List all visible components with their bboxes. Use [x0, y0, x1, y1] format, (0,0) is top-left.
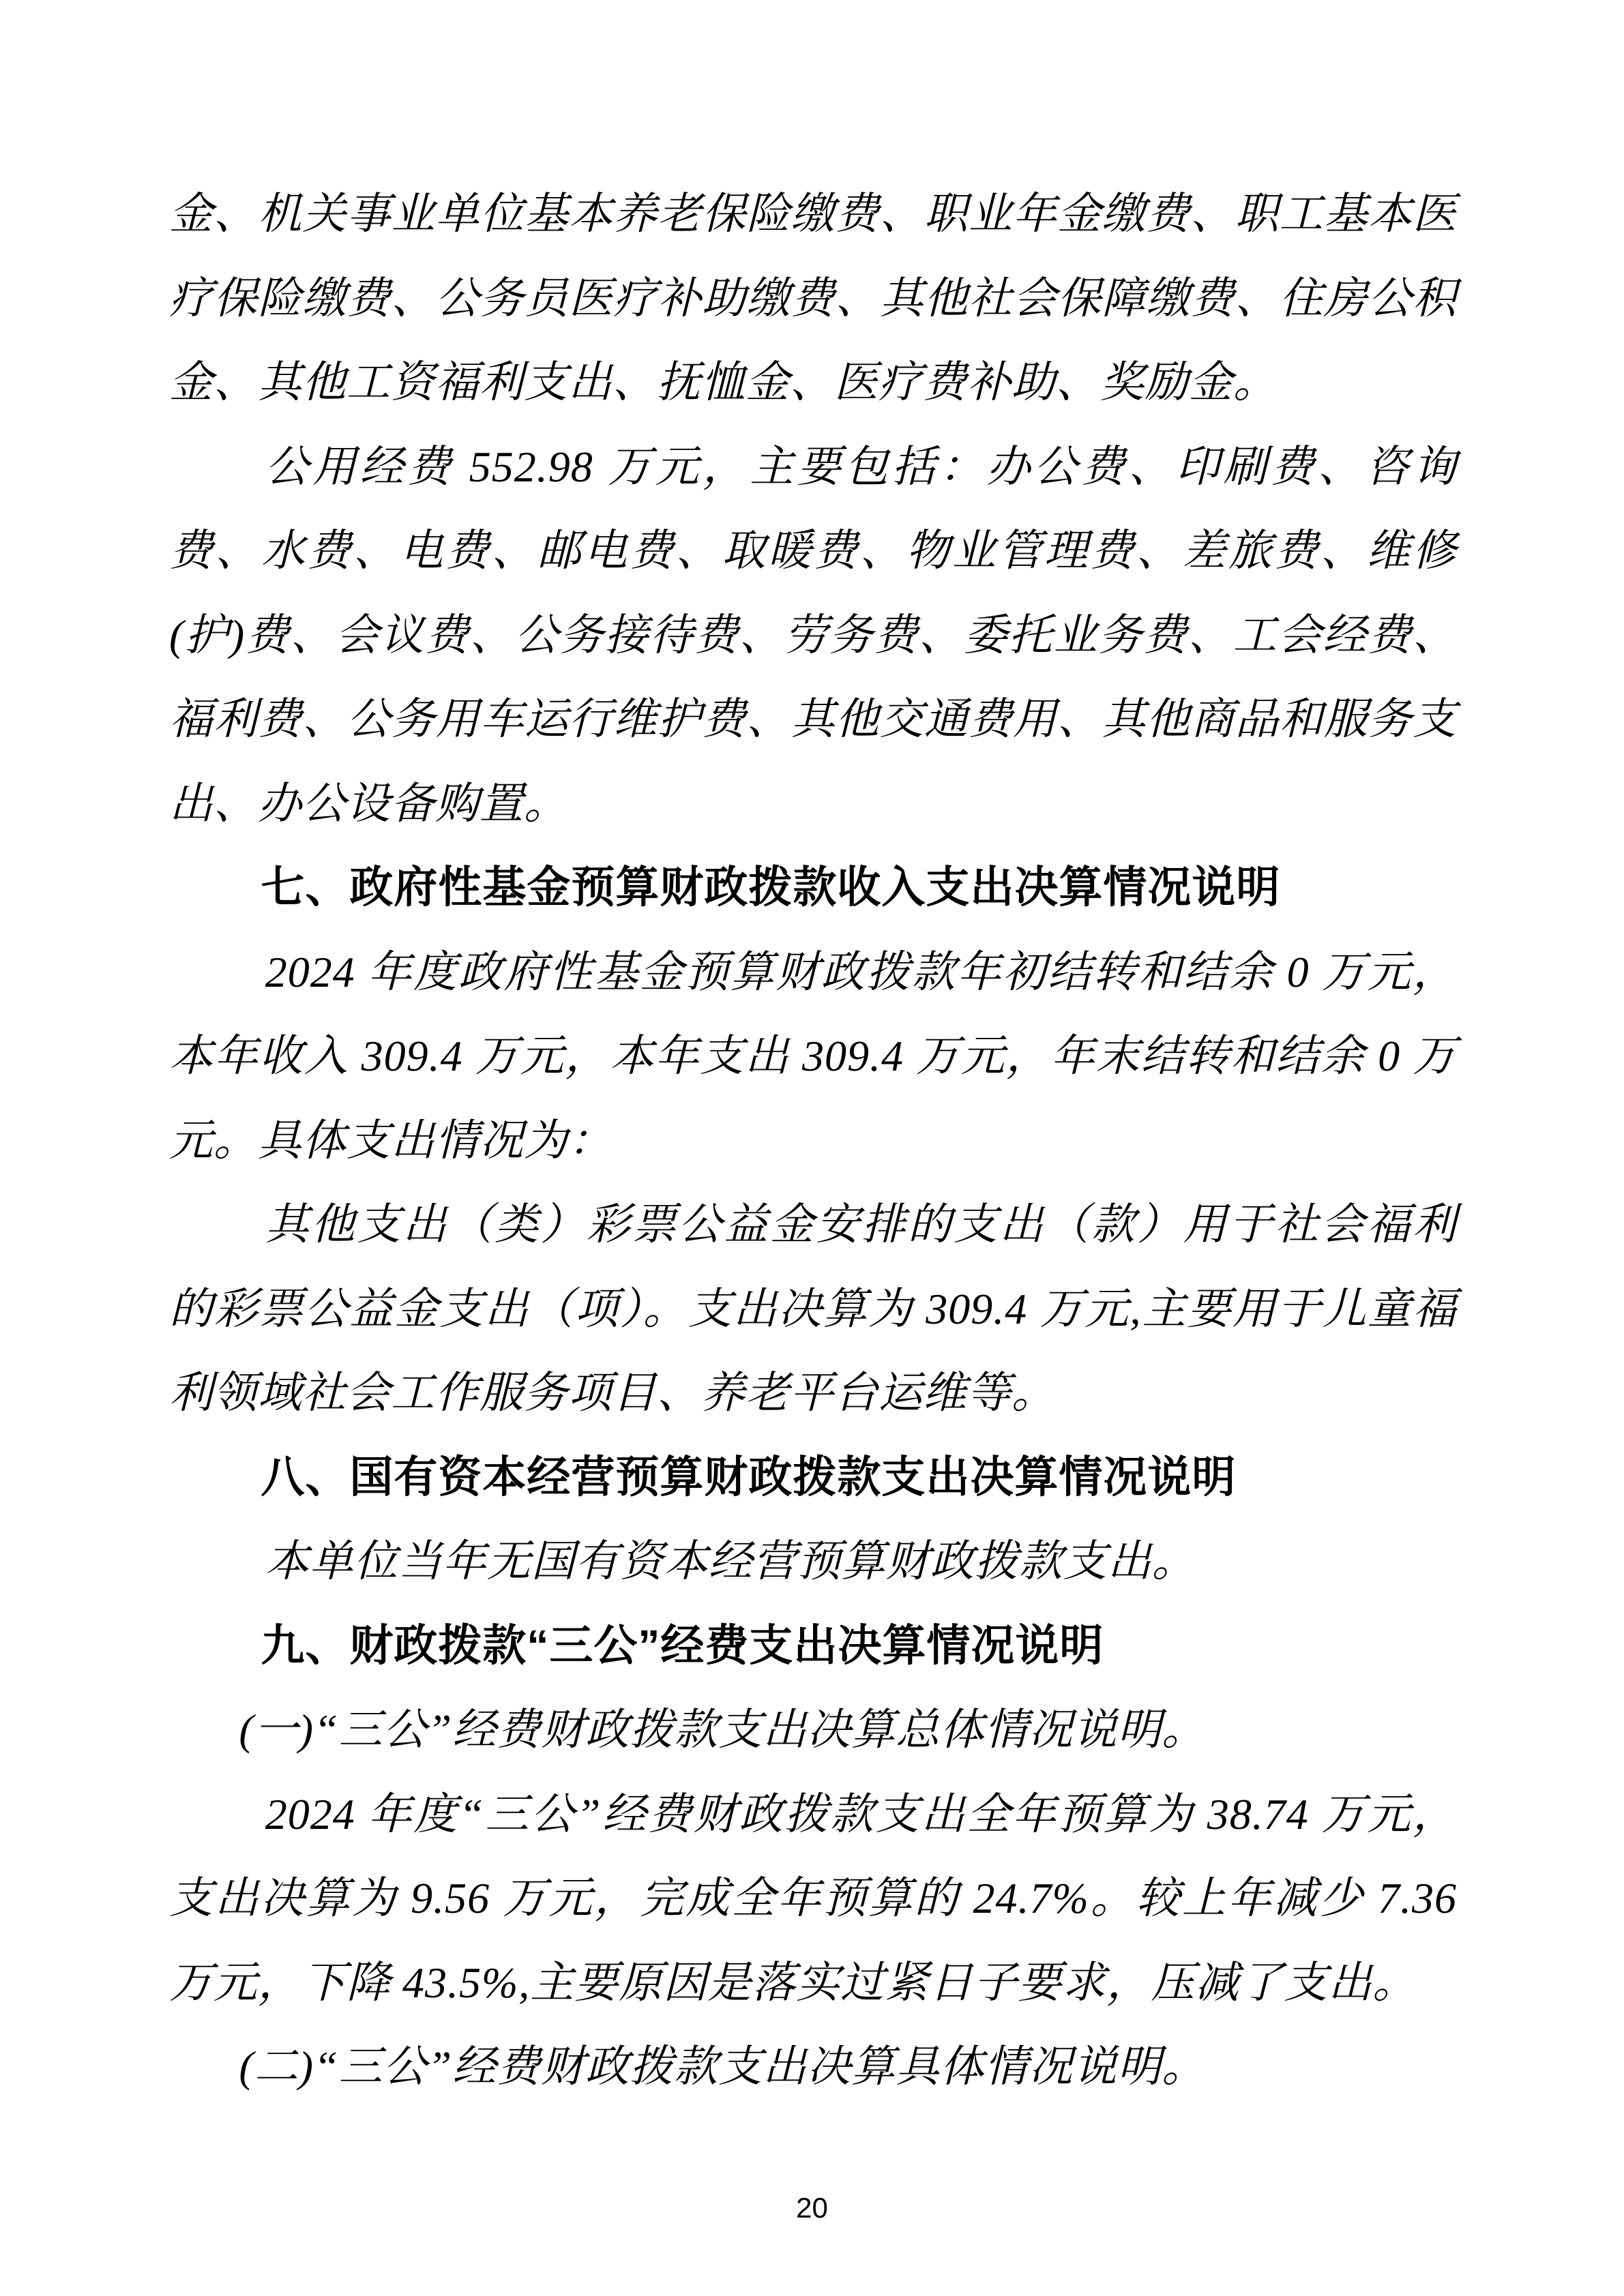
section-heading-8-state-capital-budget: 八、国有资本经营预算财政拨款支出决算情况说明 [169, 1435, 1457, 1520]
paragraph-wage-benefit-items: 金、机关事业单位基本养老保险缴费、职业年金缴费、职工基本医疗保险缴费、公务员医疗… [169, 172, 1457, 425]
paragraph-three-public-budget-figures: 2024 年度“三公”经费财政拨款支出全年预算为 38.74 万元，支出决算为 … [169, 1772, 1457, 2025]
paragraph-sub2-specific-situation: (二)“三公”经费财政拨款支出决算具体情况说明。 [169, 2025, 1457, 2109]
section-heading-7-government-fund-budget: 七、政府性基金预算财政拨款收入支出决算情况说明 [169, 846, 1457, 930]
section-heading-9-three-public-expenses: 九、财政拨款“三公”经费支出决算情况说明 [169, 1604, 1457, 1688]
document-body: 金、机关事业单位基本养老保险缴费、职业年金缴费、职工基本医疗保险缴费、公务员医疗… [169, 172, 1457, 2109]
paragraph-lottery-welfare-fund-detail: 其他支出（类）彩票公益金安排的支出（款）用于社会福利的彩票公益金支出（项）。支出… [169, 1182, 1457, 1435]
paragraph-sub1-overall-situation: (一)“三公”经费财政拨款支出决算总体情况说明。 [169, 1688, 1457, 1772]
page-number: 20 [0, 2192, 1624, 2224]
paragraph-no-state-capital-expenditure: 本单位当年无国有资本经营预算财政拨款支出。 [169, 1519, 1457, 1604]
document-page: 金、机关事业单位基本养老保险缴费、职业年金缴费、职工基本医疗保险缴费、公务员医疗… [0, 0, 1624, 2296]
paragraph-public-expense-items: 公用经费 552.98 万元，主要包括：办公费、印刷费、咨询费、水费、电费、邮电… [169, 425, 1457, 846]
paragraph-government-fund-totals: 2024 年度政府性基金预算财政拨款年初结转和结余 0 万元，本年收入 309.… [169, 930, 1457, 1183]
